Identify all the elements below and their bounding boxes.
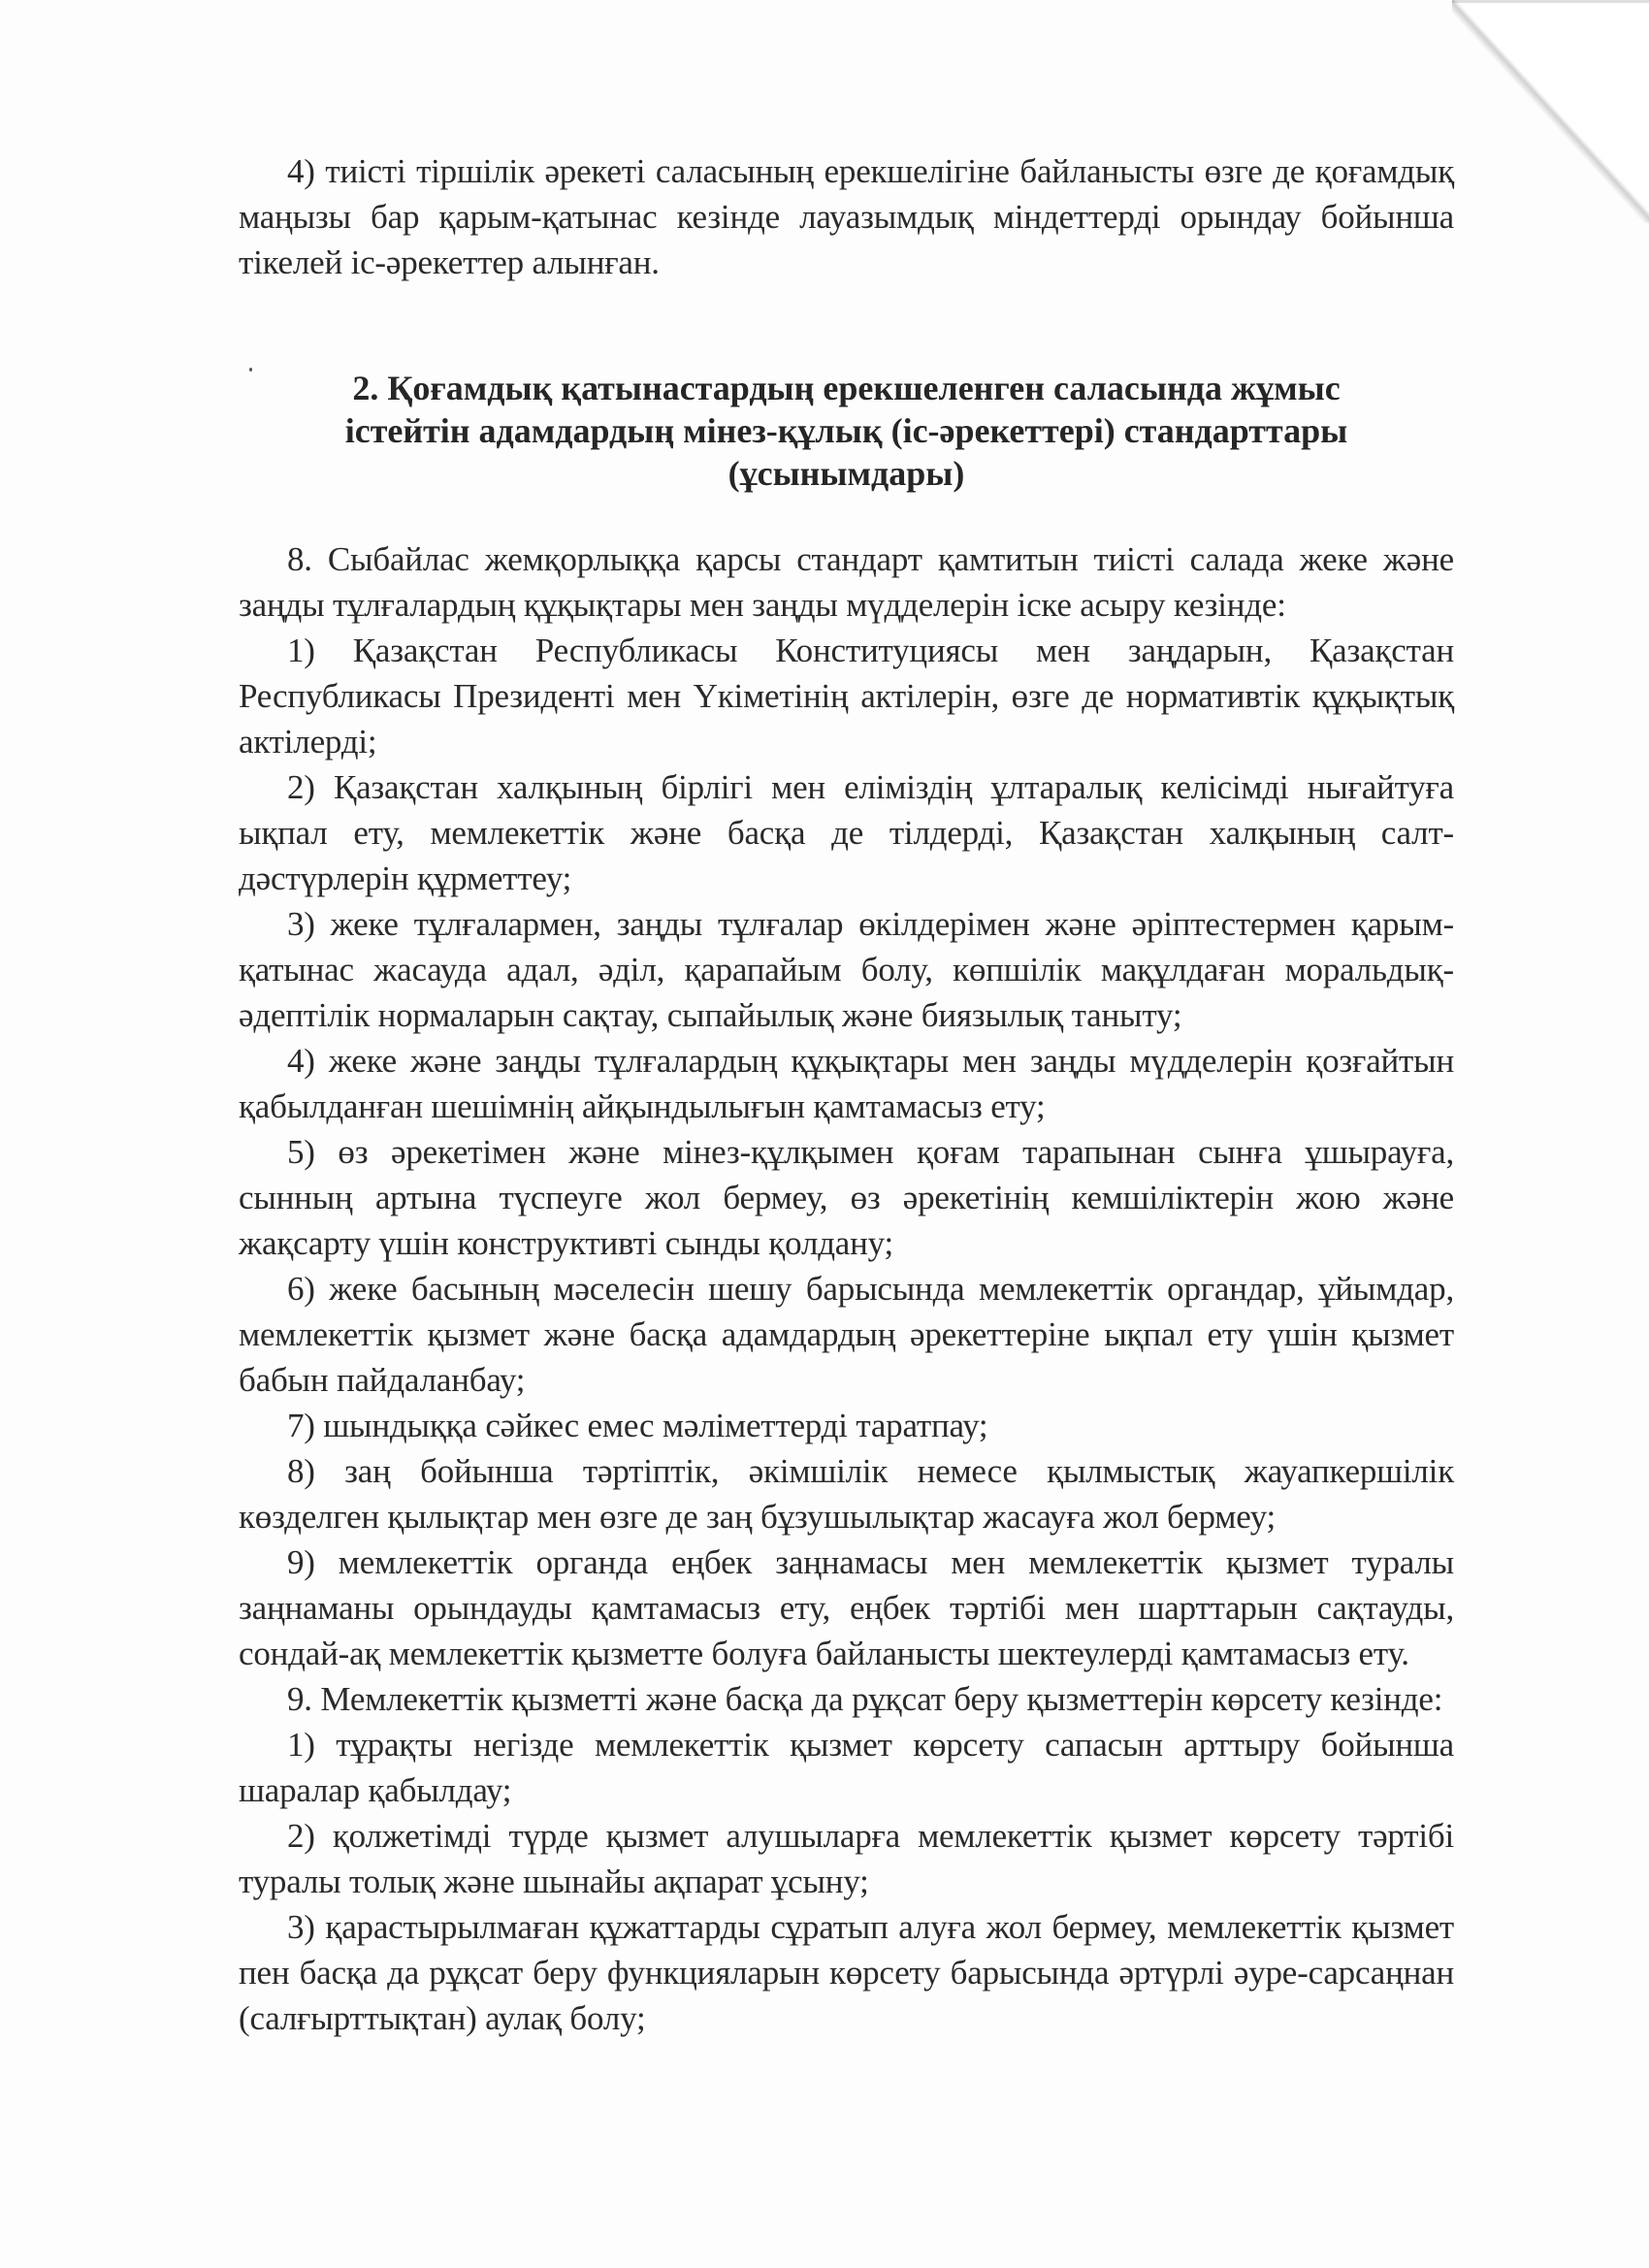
body-text: 8. Сыбайлас жемқорлыққа қарсы стандарт қ… [239, 536, 1454, 2041]
clause-8-lead: 8. Сыбайлас жемқорлыққа қарсы стандарт қ… [239, 536, 1454, 628]
clause-8-item-2: 2) Қазақстан халқының бірлігі мен еліміз… [239, 764, 1454, 901]
clause-8-item-6: 6) жеке басының мәселесін шешу барысында… [239, 1266, 1454, 1403]
clause-8-item-1: 1) Қазақстан Республикасы Конституциясы … [239, 628, 1454, 764]
section-heading-line-2: істейтін адамдардың мінез-құлық (іс-әрек… [239, 409, 1454, 452]
scanned-document-page: 4) тиісті тіршілік әрекеті саласының ере… [0, 0, 1649, 2268]
clause-9-lead: 9. Мемлекеттік қызметті және басқа да рұ… [239, 1676, 1454, 1722]
section-heading-line-3: (ұсынымдары) [239, 452, 1454, 495]
clause-8-item-3: 3) жеке тұлғалармен, заңды тұлғалар өкіл… [239, 901, 1454, 1038]
intro-item-block: 4) тиісті тіршілік әрекеті саласының ере… [239, 148, 1454, 285]
section-heading: 2. Қоғамдық қатынастардың ерекшеленген с… [239, 367, 1454, 495]
clause-8-item-4: 4) жеке және заңды тұлғалардың құқықтары… [239, 1038, 1454, 1129]
clause-9-item-2: 2) қолжетімді түрде қызмет алушыларға ме… [239, 1813, 1454, 1904]
clause-9-item-3: 3) қарастырылмаған құжаттарды сұратып ал… [239, 1904, 1454, 2041]
section-heading-line-1: 2. Қоғамдық қатынастардың ерекшеленген с… [239, 367, 1454, 409]
clause-8-item-8: 8) заң бойынша тәртіптік, әкімшілік неме… [239, 1448, 1454, 1539]
clause-8-item-7: 7) шындыққа сәйкес емес мәліметтерді тар… [239, 1403, 1454, 1448]
clause-8-item-5: 5) өз әрекетімен және мінез-құлқымен қоғ… [239, 1129, 1454, 1266]
folded-corner-shadow [1452, 0, 1649, 223]
clause-9-item-1: 1) тұрақты негізде мемлекеттік қызмет кө… [239, 1722, 1454, 1813]
clause-8-item-9: 9) мемлекеттік органда еңбек заңнамасы м… [239, 1539, 1454, 1676]
intro-item-paragraph: 4) тиісті тіршілік әрекеті саласының ере… [239, 148, 1454, 285]
